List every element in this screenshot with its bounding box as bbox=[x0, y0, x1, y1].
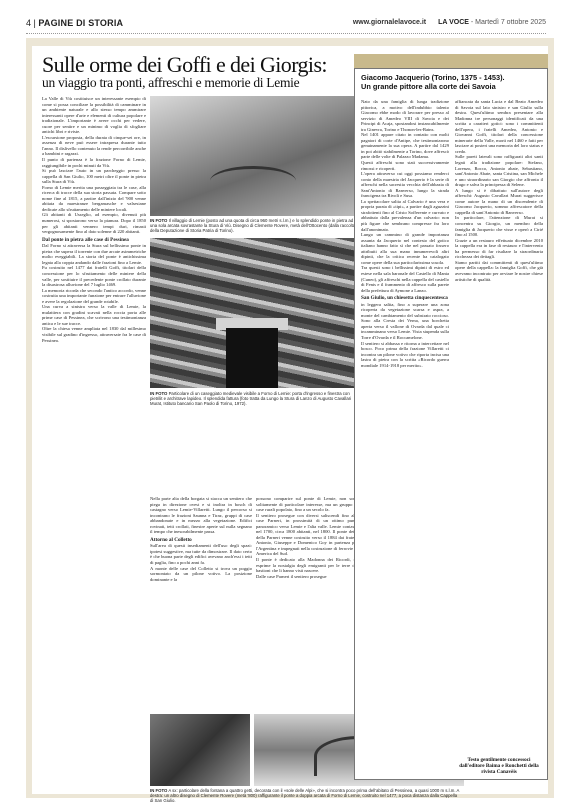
doorway bbox=[226, 328, 278, 388]
page-number: 4 bbox=[26, 18, 31, 28]
sidebar-title: Giacomo Jacquerio (Torino, 1375 - 1453).… bbox=[361, 73, 541, 91]
article-page: Sulle orme dei Goffi e dei Giorgis: un v… bbox=[26, 38, 554, 798]
paragraph: Oltre la chiesa venne ampliata nel 1830 … bbox=[42, 326, 146, 343]
photo-medieval-doorway bbox=[150, 238, 356, 388]
sidebar-box: Giacomo Jacquerio (Torino, 1375 - 1453).… bbox=[354, 54, 548, 794]
photo-lemie-bridge-drawing bbox=[150, 96, 356, 216]
paragraph: Il punto di partenza è la frazione Forno… bbox=[42, 157, 146, 168]
paragraph: Si può lasciare l'auto in un parcheggio … bbox=[42, 168, 146, 185]
sidebar-column-1: Nato da una famiglia di lunga tradizione… bbox=[361, 99, 449, 775]
section-heading: San Giulio, un chiesetta cinquecentesca bbox=[361, 296, 449, 302]
issue-date: - Martedì 7 ottobre 2025 bbox=[471, 19, 546, 26]
paragraph: Nella parte alta della borgata si stacca… bbox=[150, 496, 252, 535]
paragraph: Forno di Lemie merita una passeggiata tr… bbox=[42, 185, 146, 213]
photo-caption: IN FOTO Il villaggio di Lemie (posto ad … bbox=[150, 218, 356, 233]
page-header: 4 | PAGINE DI STORIA www.giornalelavoce.… bbox=[26, 18, 546, 34]
article-headline: Sulle orme dei Goffi e dei Giorgis: un v… bbox=[42, 54, 362, 90]
paragraph: Una curva a sinistra verso la valle di L… bbox=[42, 304, 146, 326]
article-column-1: La Valle di Viù costituisce un interessa… bbox=[42, 96, 146, 788]
paragraph: La memoria ricorda che secondo l'antico … bbox=[42, 288, 146, 305]
sidebar-band bbox=[354, 54, 548, 68]
newspaper-name: LA VOCE bbox=[438, 19, 469, 26]
paragraph: Il ponte è dedicato alla Madonna dei Ric… bbox=[256, 557, 358, 574]
sidebar-column-2: affiancata da santa Lucia e dal Beato Am… bbox=[455, 99, 543, 739]
paragraph: Il sentiero prosegue con diversi salisce… bbox=[256, 513, 358, 557]
paragraph: possono comparire sul ponte di Lemie, no… bbox=[256, 496, 358, 513]
paragraph: La Valle di Viù costituisce un interessa… bbox=[42, 96, 146, 135]
bridge-arch-shape bbox=[210, 166, 296, 196]
masthead-info: www.giornalelavoce.it LA VOCE - Martedì … bbox=[353, 19, 546, 26]
paragraph: Dal Forno si attraversa la Stura sul bel… bbox=[42, 243, 146, 265]
article-column-2: Nella parte alta della borgata si stacca… bbox=[150, 496, 252, 712]
section-title: PAGINE DI STORIA bbox=[38, 18, 123, 28]
credit-note: Testo gentilmente concessoci dall'editor… bbox=[455, 757, 543, 775]
headline-title: Sulle orme dei Goffi e dei Giorgis: bbox=[42, 54, 362, 76]
website-link[interactable]: www.giornalelavoce.it bbox=[353, 19, 426, 26]
paragraph: L'escursione proposta, della durata di c… bbox=[42, 135, 146, 157]
headline-subtitle: un viaggio tra ponti, affreschi e memori… bbox=[42, 76, 362, 90]
photo-caption: IN FOTO Particolare di un caseggiato med… bbox=[150, 391, 356, 406]
paragraph: Sull'area di questi insediamenti dell'us… bbox=[150, 543, 252, 565]
photo-fountain bbox=[150, 714, 250, 786]
section-label: 4 | PAGINE DI STORIA bbox=[26, 18, 123, 28]
paragraph: A monte delle case del Colletto si trova… bbox=[150, 566, 252, 583]
paragraph: Gli abitanti di Usseglio, ad esempio, di… bbox=[42, 212, 146, 234]
article-body: Sulle orme dei Goffi e dei Giorgis: un v… bbox=[32, 46, 548, 794]
paragraph: Dalle case Parneri il sentiero prosegue bbox=[256, 574, 358, 580]
paragraph: Fu costruito nel 1477 dai fratelli Goffi… bbox=[42, 265, 146, 287]
sidebar-frame: Giacomo Jacquerio (Torino, 1375 - 1453).… bbox=[354, 68, 548, 780]
